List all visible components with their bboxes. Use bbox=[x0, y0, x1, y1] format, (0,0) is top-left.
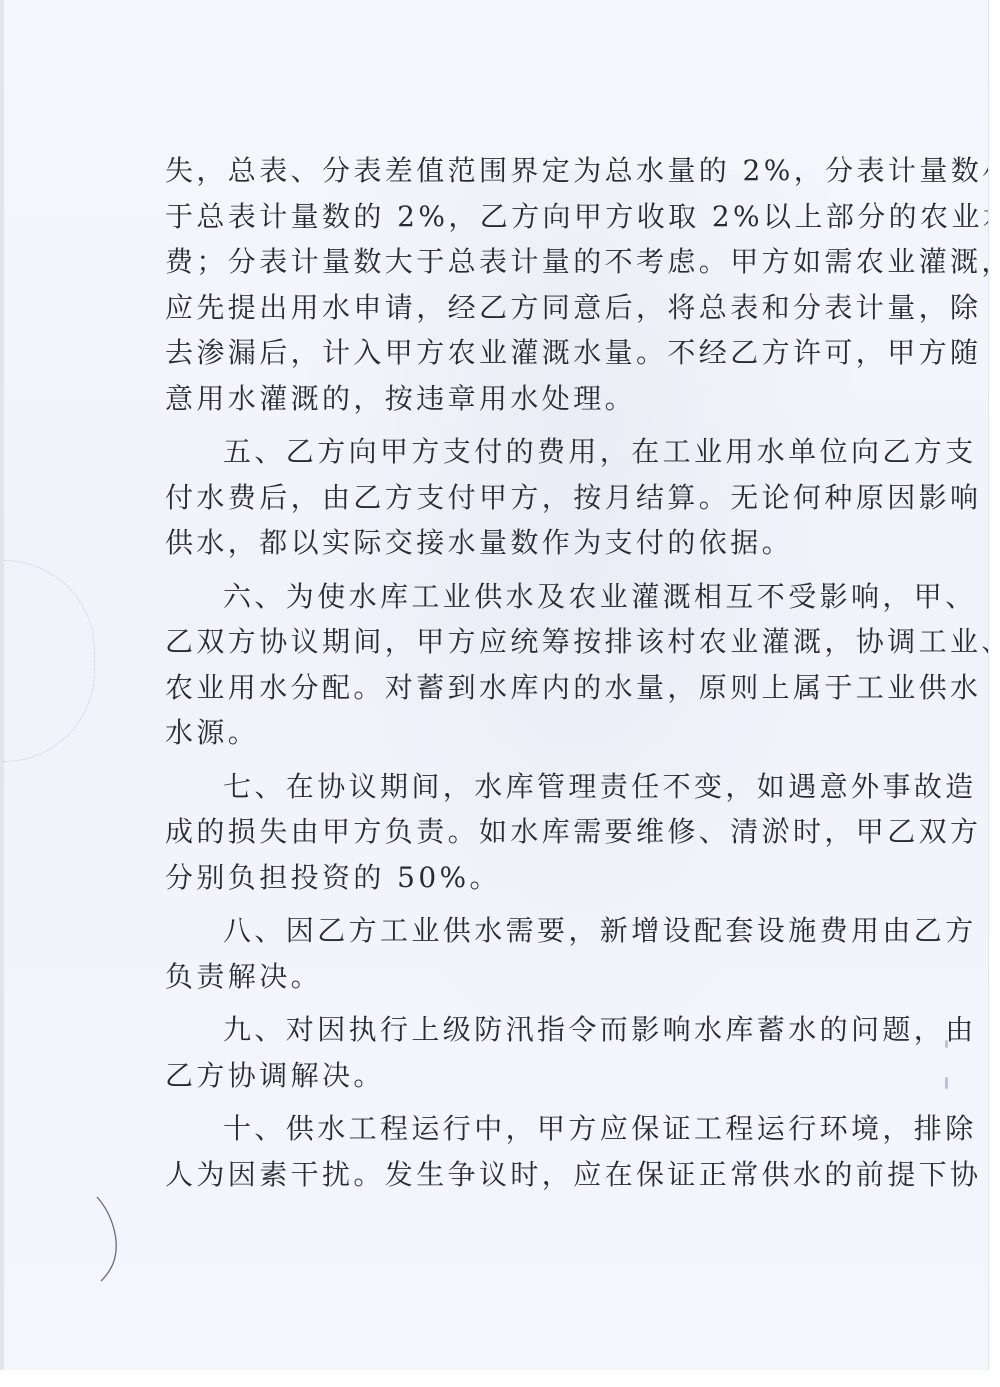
scanned-page: 失，总表、分表差值范围界定为总水量的 2%，分表计量数小 于总表计量数的 2%，… bbox=[0, 0, 988, 1370]
clause-heading-line: 八、因乙方工业供水需要，新增设配套设施费用由乙方 bbox=[165, 908, 865, 954]
clause-heading-line: 五、乙方向甲方支付的费用，在工业用水单位向乙方支 bbox=[165, 429, 865, 475]
text-line: 供水，都以实际交接水量数作为支付的依据。 bbox=[165, 520, 865, 566]
text-line: 乙双方协议期间，甲方应统筹按排该村农业灌溉，协调工业、 bbox=[165, 619, 865, 665]
text-line: 失，总表、分表差值范围界定为总水量的 2%，分表计量数小 bbox=[165, 148, 865, 194]
text-line: 于总表计量数的 2%，乙方向甲方收取 2%以上部分的农业水 bbox=[165, 194, 865, 240]
text-line: 人为因素干扰。发生争议时，应在保证正常供水的前提下协 bbox=[165, 1152, 865, 1198]
text-line: 分别负担投资的 50%。 bbox=[165, 855, 865, 901]
scan-edge-bottom bbox=[0, 1370, 1000, 1387]
text-line: 农业用水分配。对蓄到水库内的水量，原则上属于工业供水 bbox=[165, 665, 865, 711]
paragraph-clause-4-continued: 失，总表、分表差值范围界定为总水量的 2%，分表计量数小 于总表计量数的 2%，… bbox=[165, 148, 865, 421]
scan-edge-right bbox=[988, 0, 1000, 1387]
clause-heading-line: 六、为使水库工业供水及农业灌溉相互不受影响，甲、 bbox=[165, 574, 865, 620]
text-line: 负责解决。 bbox=[165, 954, 865, 1000]
clause-heading-line: 十、供水工程运行中，甲方应保证工程运行环境，排除 bbox=[165, 1106, 865, 1152]
clause-heading-line: 七、在协议期间，水库管理责任不变，如遇意外事故造 bbox=[165, 764, 865, 810]
contract-body: 失，总表、分表差值范围界定为总水量的 2%，分表计量数小 于总表计量数的 2%，… bbox=[165, 148, 865, 1197]
text-line: 应先提出用水申请，经乙方同意后，将总表和分表计量，除 bbox=[165, 285, 865, 331]
paragraph-clause-9: 九、对因执行上级防汛指令而影响水库蓄水的问题，由 乙方协调解决。 bbox=[165, 1007, 865, 1098]
paragraph-clause-10: 十、供水工程运行中，甲方应保证工程运行环境，排除 人为因素干扰。发生争议时，应在… bbox=[165, 1106, 865, 1197]
text-line: 乙方协调解决。 bbox=[165, 1053, 865, 1099]
paragraph-clause-6: 六、为使水库工业供水及农业灌溉相互不受影响，甲、 乙双方协议期间，甲方应统筹按排… bbox=[165, 574, 865, 756]
scan-speck bbox=[945, 1077, 948, 1089]
paragraph-clause-7: 七、在协议期间，水库管理责任不变，如遇意外事故造 成的损失由甲方负责。如水库需要… bbox=[165, 764, 865, 901]
faint-seal-stamp bbox=[4, 560, 95, 762]
text-line: 水源。 bbox=[165, 710, 865, 756]
text-line: 去渗漏后，计入甲方农业灌溉水量。不经乙方许可，甲方随 bbox=[165, 330, 865, 376]
paragraph-clause-8: 八、因乙方工业供水需要，新增设配套设施费用由乙方 负责解决。 bbox=[165, 908, 865, 999]
text-line: 成的损失由甲方负责。如水库需要维修、清淤时，甲乙双方 bbox=[165, 809, 865, 855]
text-line: 费；分表计量数大于总表计量的不考虑。甲方如需农业灌溉， bbox=[165, 239, 865, 285]
clause-heading-line: 九、对因执行上级防汛指令而影响水库蓄水的问题，由 bbox=[165, 1007, 865, 1053]
pen-mark-curve bbox=[95, 1195, 125, 1285]
text-line: 付水费后，由乙方支付甲方，按月结算。无论何种原因影响 bbox=[165, 475, 865, 521]
paragraph-clause-5: 五、乙方向甲方支付的费用，在工业用水单位向乙方支 付水费后，由乙方支付甲方，按月… bbox=[165, 429, 865, 566]
text-line: 意用水灌溉的，按违章用水处理。 bbox=[165, 376, 865, 422]
